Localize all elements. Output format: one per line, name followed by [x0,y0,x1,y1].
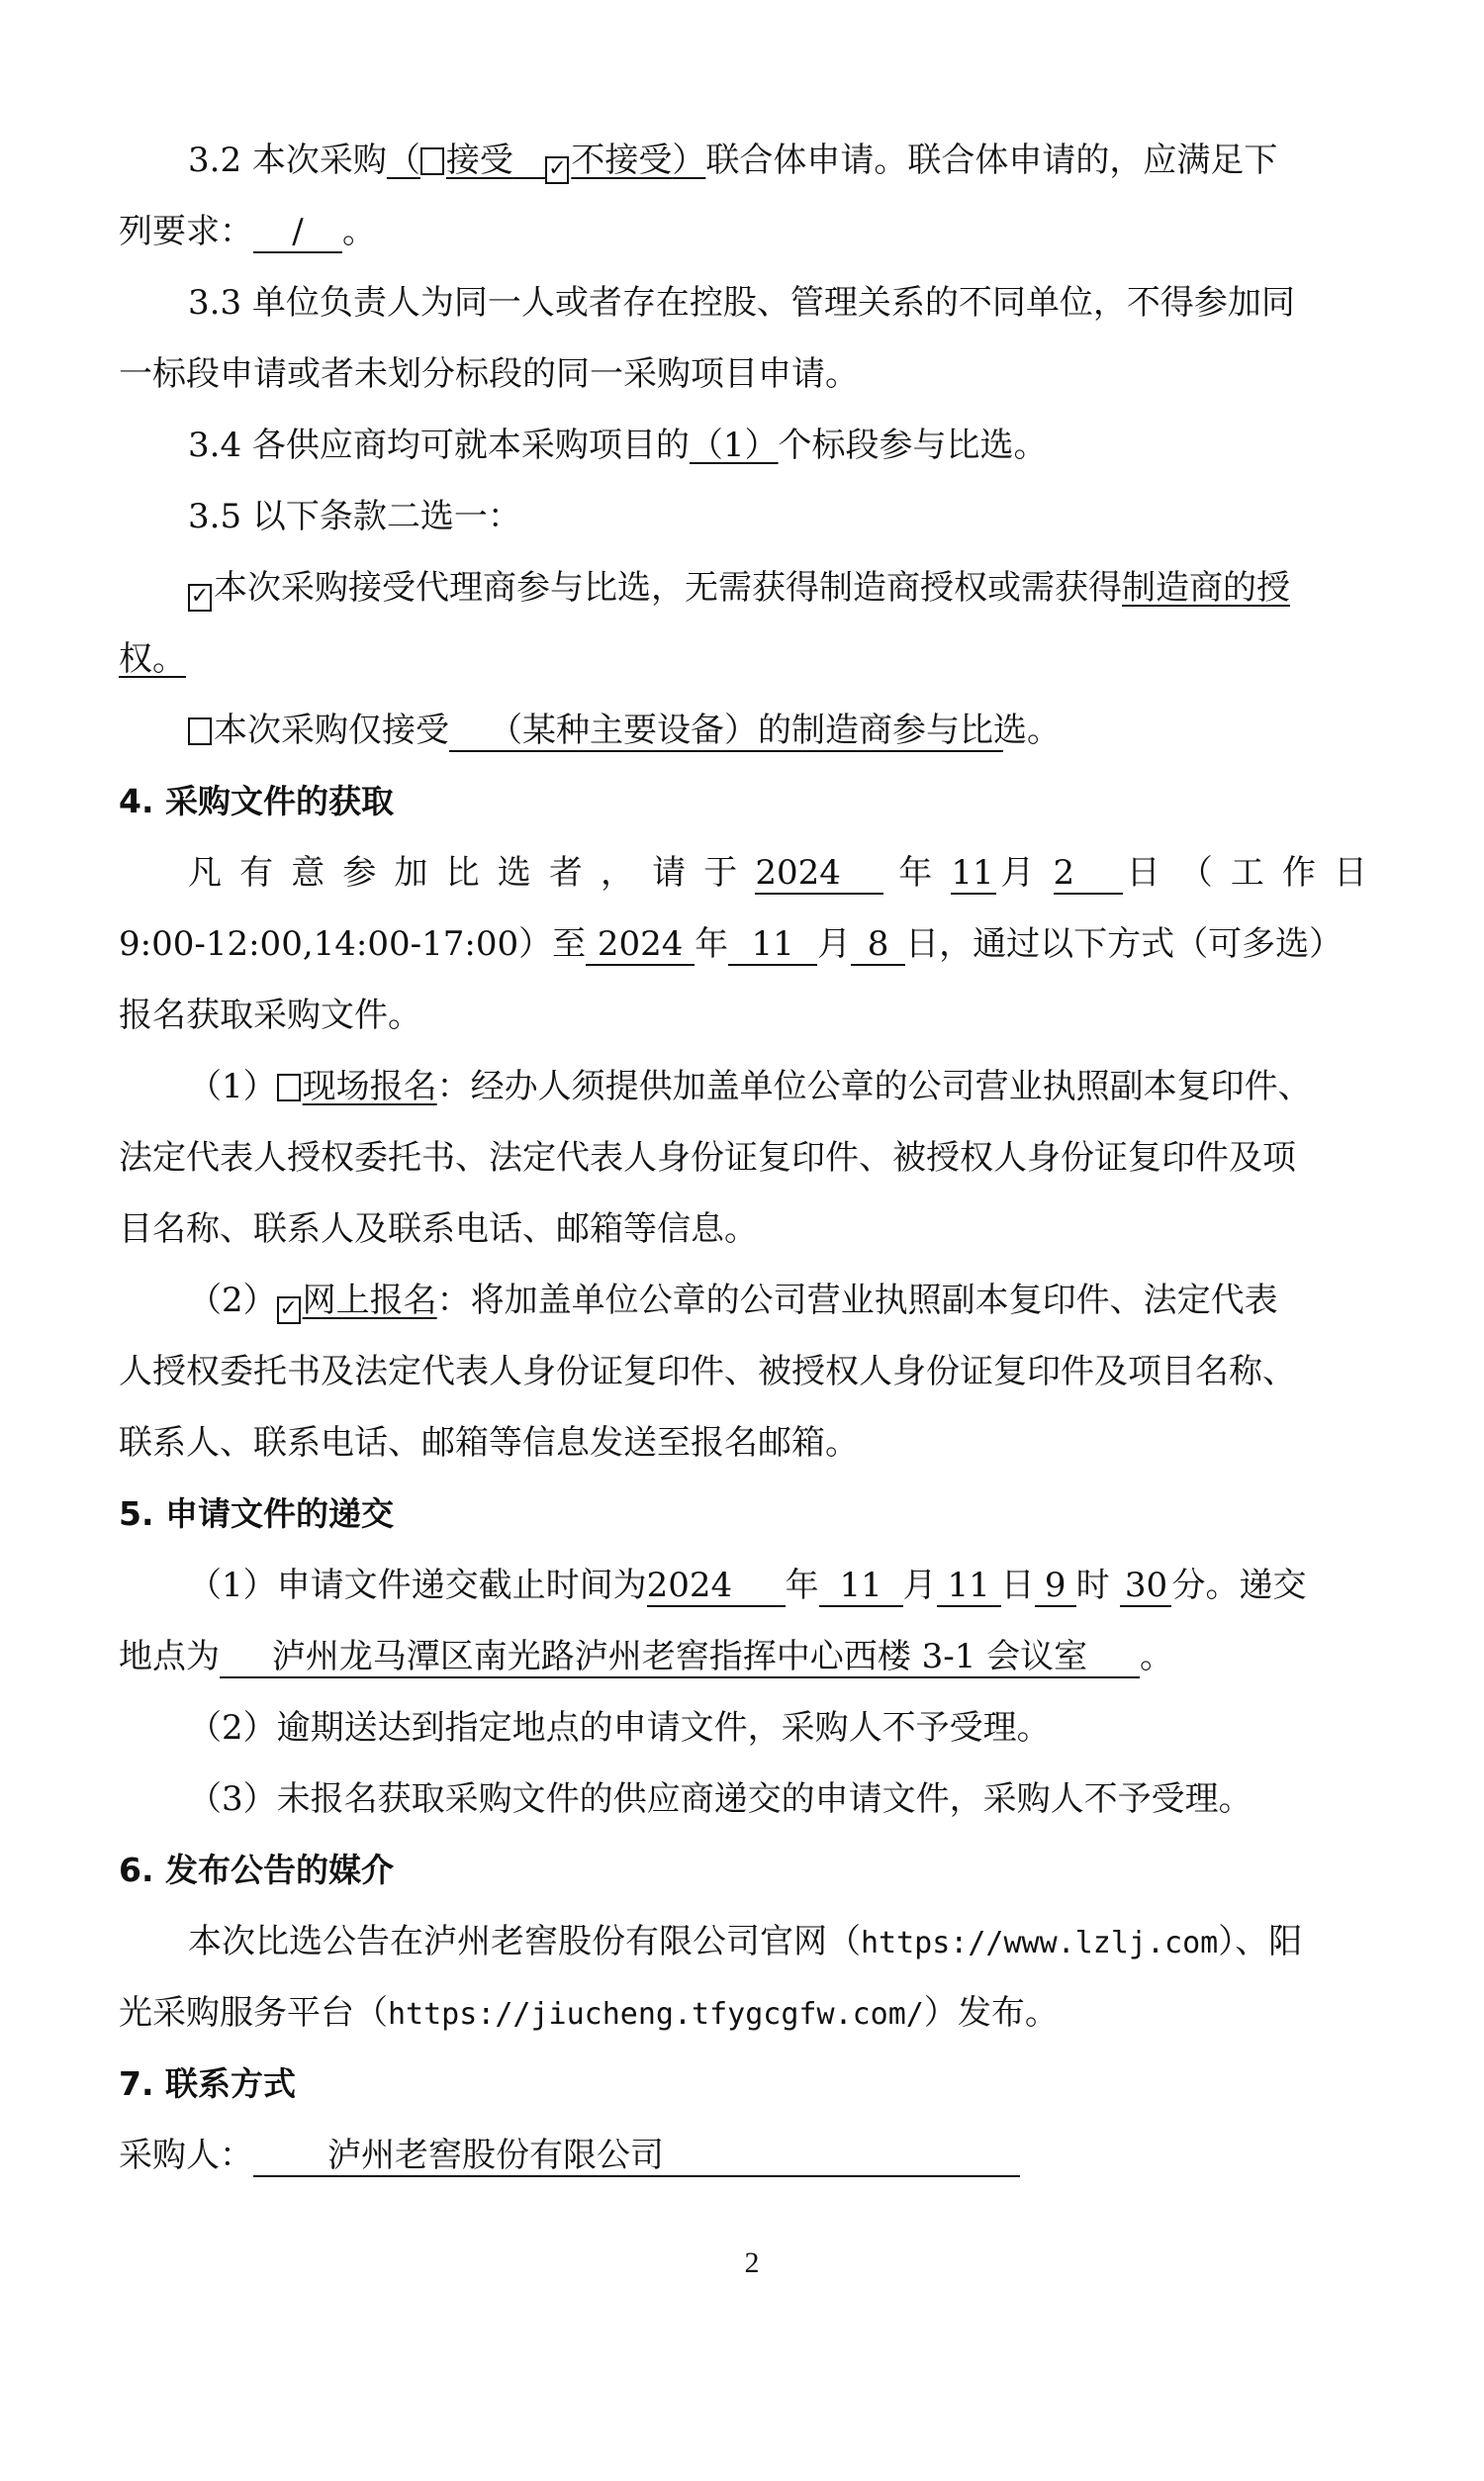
option-not-accept-label: 不接受 [571,141,672,180]
method-1-option: 现场报名 [277,1067,437,1106]
section-4-heading: 4. 采购文件的获取 [119,780,1381,851]
period: 。 [1140,1637,1173,1676]
deadline-line: （1）申请文件递交截止时间为2024年11月11日9时 30分。递交 [188,1564,1381,1635]
day-label: 日 [1123,853,1164,893]
end-day: 8 [851,924,905,966]
equipment-blank: （某种主要设备）的制造商参与比选。 [449,711,1003,752]
media-text-b: ）、阳 [1218,1922,1302,1961]
consortium-options: （接受 ✓不接受） [387,141,705,180]
year-label: 年 [898,853,936,893]
method-2-line1: （2）✓网上报名：将加盖单位公章的公司营业执照副本复印件、法定代表 [188,1279,1381,1350]
p1-suffix: （工作日 [1179,853,1381,893]
method-1-line1: （1）现场报名：经办人须提供加盖单位公章的公司营业执照副本复印件、 [188,1065,1381,1136]
section-6-heading: 6. 发布公告的媒介 [119,1849,1381,1920]
clause-3-4-prefix: 3.4 各供应商均可就本采购项目的 [188,426,690,465]
checkbox-online-checked-icon[interactable]: ✓ [277,1296,301,1324]
location-prefix: 地点为 [119,1637,220,1676]
method-2-label: 网上报名 [303,1281,437,1320]
p1-line2-suffix: 日，通过以下方式（可多选） [905,924,1343,964]
requirements-blank: / [253,212,342,253]
method-2-num: （2） [188,1281,277,1320]
deadline-minute: 30 [1120,1566,1171,1607]
end-month: 11 [728,924,817,966]
location-line: 地点为泸州龙马潭区南光路泸州老窖指挥中心西楼 3-1 会议室。 [119,1635,1381,1706]
deadline-year: 2024 [647,1566,786,1607]
period: 。 [342,212,376,251]
section-4-p1-line1: 凡有意参加比选者，请于2024 年 11月 2日 （工作日 [188,851,1381,922]
clause-3-5-option2: 本次采购仅接受（某种主要设备）的制造商参与比选。 [188,709,1381,780]
method-1-text: ：经办人须提供加盖单位公章的公司营业执照副本复印件、 [437,1067,1312,1106]
start-year: 2024 [755,853,883,895]
section-4-p1-line2: 9:00-12:00,14:00-17:00）至2024年11月8日，通过以下方… [119,922,1381,994]
buyer-value: 泸州老窖股份有限公司 [253,2136,1020,2177]
year-label: 年 [695,924,728,964]
month-label: 月 [996,853,1038,893]
hours-text: 9:00-12:00,14:00-17:00）至 [119,924,586,964]
platform-link[interactable]: https://jiucheng.tfygcgfw.com/ [388,1997,924,2032]
option1-underlined: 制造商的授 [1122,568,1290,608]
start-month: 11 [951,853,996,895]
month-label: 月 [903,1566,937,1605]
media-text-c: 光采购服务平台（ [119,1993,388,2033]
page-number: 2 [732,2246,772,2280]
deadline-hour: 9 [1035,1566,1076,1607]
clause-3-4-suffix: 个标段参与比选。 [779,426,1048,465]
method-2-line3: 联系人、联系电话、邮箱等信息发送至报名邮箱。 [119,1421,1381,1492]
section-4-p1-line3: 报名获取采购文件。 [119,994,1381,1065]
clause-3-5-title: 3.5 以下条款二选一： [188,495,1381,566]
rule-3: （3）未报名获取采购文件的供应商递交的申请文件，采购人不予受理。 [188,1777,1381,1849]
checkbox-not-accept-checked-icon[interactable]: ✓ [545,156,569,184]
requirements-label: 列要求： [119,212,253,251]
end-year: 2024 [586,924,695,966]
method-1-label: 现场报名 [303,1067,437,1106]
clause-3-4: 3.4 各供应商均可就本采购项目的（1）个标段参与比选。 [188,424,1381,495]
clause-3-2-line2: 列要求：/。 [119,210,1381,281]
deadline-prefix: （1）申请文件递交截止时间为 [188,1566,647,1605]
submission-location: 泸州龙马潭区南光路泸州老窖指挥中心西楼 3-1 会议室 [220,1637,1140,1678]
document-page: 3.2 本次采购（接受 ✓不接受）联合体申请。联合体申请的，应满足下 列要求：/… [0,0,1484,2481]
buyer-label: 采购人： [119,2136,253,2175]
p1-prefix: 凡有意参加比选者，请于 [188,853,755,893]
checkbox-manufacturer-unchecked-icon[interactable] [188,717,212,745]
minute-label: 分。递交 [1171,1566,1306,1605]
media-text-a: 本次比选公告在泸州老窖股份有限公司官网（ [188,1922,861,1961]
lot-count-blank: （1） [690,426,779,465]
clause-3-5-option1-line1: ✓本次采购接受代理商参与比选，无需获得制造商授权或需获得制造商的授 [188,566,1381,637]
checkbox-accept-unchecked-icon[interactable] [420,147,444,175]
option1-text: 本次采购接受代理商参与比选，无需获得制造商授权或需获得 [214,568,1122,608]
deadline-day: 11 [937,1566,1001,1607]
month-label: 月 [817,924,851,964]
method-2-text: ：将加盖单位公章的公司营业执照副本复印件、法定代表 [437,1281,1278,1320]
media-text-d: ）发布。 [924,1993,1059,2033]
day-label: 日 [1001,1566,1035,1605]
clause-3-3-line2: 一标段申请或者未划分标段的同一采购项目申请。 [119,352,1381,424]
method-2-line2: 人授权委托书及法定代表人身份证复印件、被授权人身份证复印件及项目名称、 [119,1350,1381,1421]
clause-3-2-suffix: 联合体申请。联合体申请的，应满足下 [705,141,1277,180]
paren-open: （ [387,141,420,180]
clause-3-2-prefix: 3.2 本次采购 [188,141,387,180]
start-day: 2 [1054,853,1123,895]
method-2-option: ✓网上报名 [277,1281,437,1320]
option2-text: 本次采购仅接受 [214,711,449,750]
section-7-heading: 7. 联系方式 [119,2062,1381,2134]
rule-2: （2）逾期送达到指定地点的申请文件，采购人不予受理。 [188,1706,1381,1777]
official-site-link[interactable]: https://www.lzlj.com [861,1926,1218,1960]
section-5-heading: 5. 申请文件的递交 [119,1492,1381,1564]
method-1-line2: 法定代表人授权委托书、法定代表人身份证复印件、被授权人身份证复印件及项 [119,1136,1381,1207]
method-1-line3: 目名称、联系人及联系电话、邮箱等信息。 [119,1207,1381,1279]
media-line1: 本次比选公告在泸州老窖股份有限公司官网（https://www.lzlj.com… [188,1920,1381,1991]
option-accept-label: 接受 [446,141,513,180]
option1-underlined-end: 权。 [119,639,186,679]
clause-3-5-option1-line2: 权。 [119,637,1381,709]
media-line2: 光采购服务平台（https://jiucheng.tfygcgfw.com/）发… [119,1991,1381,2062]
hour-label: 时 [1076,1566,1110,1605]
checkbox-onsite-unchecked-icon[interactable] [277,1074,301,1101]
clause-3-3-line1: 3.3 单位负责人为同一人或者存在控股、管理关系的不同单位，不得参加同 [188,281,1381,352]
checkbox-agent-checked-icon[interactable]: ✓ [188,584,212,612]
method-1-num: （1） [188,1067,277,1106]
year-label: 年 [786,1566,819,1605]
buyer-line: 采购人：泸州老窖股份有限公司 [119,2134,1381,2205]
clause-3-2-line1: 3.2 本次采购（接受 ✓不接受）联合体申请。联合体申请的，应满足下 [188,139,1381,210]
paren-close: ） [672,141,705,180]
deadline-month: 11 [819,1566,903,1607]
